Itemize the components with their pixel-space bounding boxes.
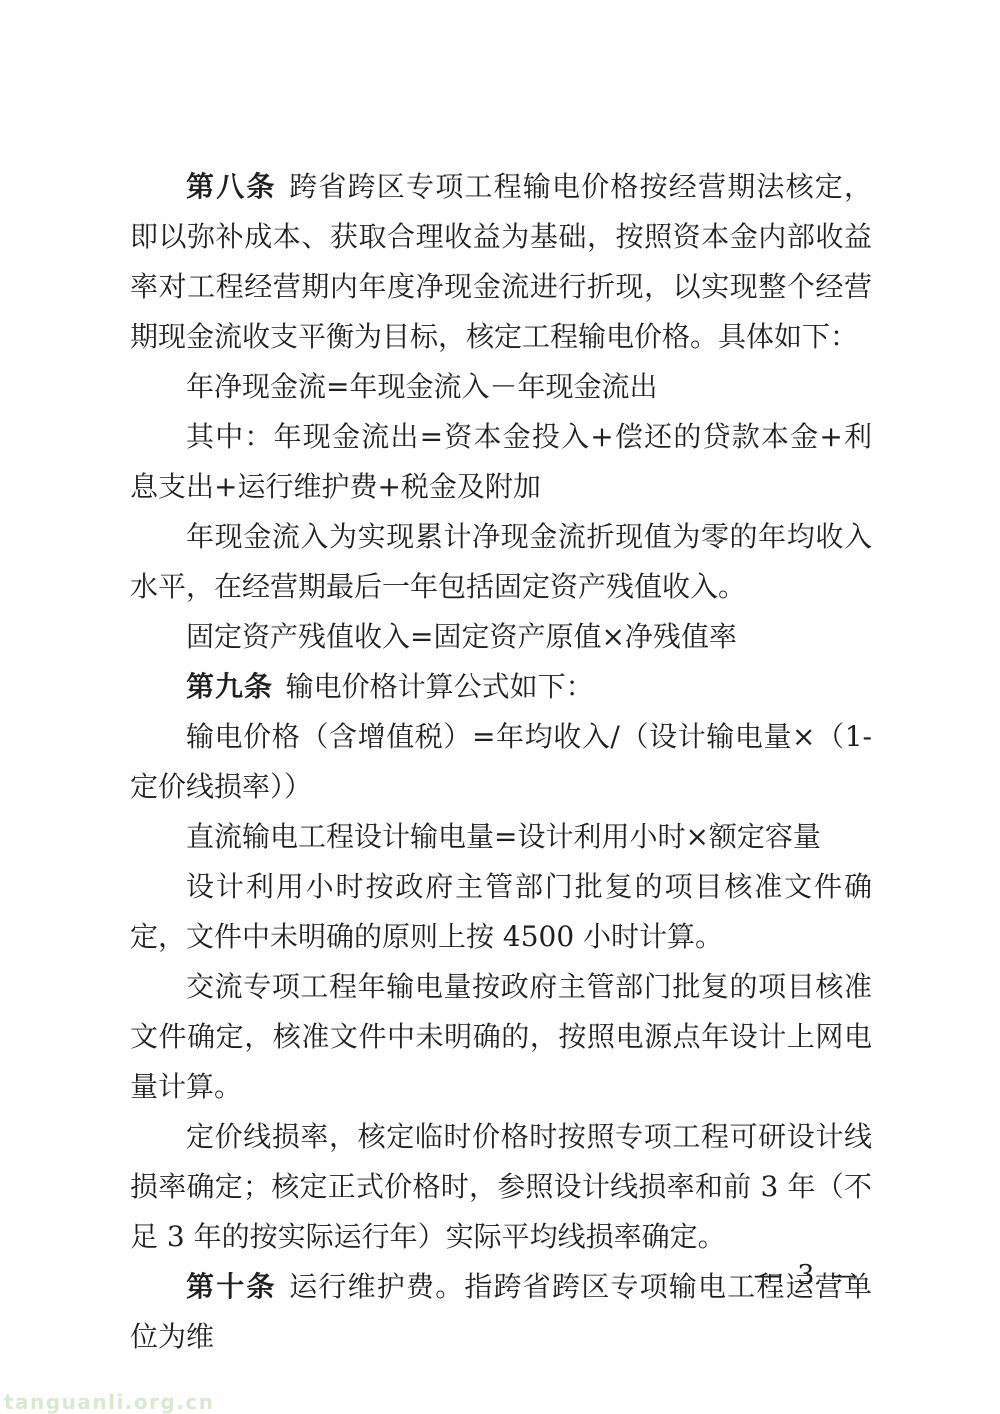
page-number: — 3 — [754,1260,862,1291]
paragraph-text: 设计利用小时按政府主管部门批复的项目核准文件确定，文件中未明确的原则上按 450… [130,870,872,953]
watermark: tanguanli.org.cn [4,1390,215,1414]
article-heading: 第十条 [186,1271,277,1302]
paragraph: 第九条输电价格计算公式如下： [130,662,872,712]
paragraph: 直流输电工程设计输电量=设计利用小时×额定容量 [130,812,872,862]
paragraph: 定价线损率，核定临时价格时按照专项工程可研设计线损率确定；核定正式价格时，参照设… [130,1112,872,1262]
paragraph-text: 定价线损率，核定临时价格时按照专项工程可研设计线损率确定；核定正式价格时，参照设… [130,1120,872,1253]
paragraph: 设计利用小时按政府主管部门批复的项目核准文件确定，文件中未明确的原则上按 450… [130,862,872,962]
paragraph: 年现金流入为实现累计净现金流折现值为零的年均收入水平，在经营期最后一年包括固定资… [130,512,872,612]
paragraph-text: 其中：年现金流出=资本金投入+偿还的贷款本金+利息支出+运行维护费+税金及附加 [130,420,872,503]
paragraph: 其中：年现金流出=资本金投入+偿还的贷款本金+利息支出+运行维护费+税金及附加 [130,412,872,512]
paragraph-text: 输电价格（含增值税）=年均收入/（设计输电量×（1-定价线损率）） [130,720,872,803]
paragraph: 输电价格（含增值税）=年均收入/（设计输电量×（1-定价线损率）） [130,712,872,812]
paragraph-text: 输电价格计算公式如下： [286,670,594,703]
paragraph: 固定资产残值收入=固定资产原值×净残值率 [130,612,872,662]
document-page: 第八条跨省跨区专项工程输电价格按经营期法核定，即以弥补成本、获取合理收益为基础，… [0,0,1000,1414]
paragraph-text: 固定资产残值收入=固定资产原值×净残值率 [186,620,737,653]
paragraph-text: 年现金流入为实现累计净现金流折现值为零的年均收入水平，在经营期最后一年包括固定资… [130,520,872,603]
article-heading: 第九条 [186,671,273,702]
paragraph-text: 年净现金流=年现金流入－年现金流出 [186,370,657,403]
document-body: 第八条跨省跨区专项工程输电价格按经营期法核定，即以弥补成本、获取合理收益为基础，… [130,162,872,1362]
paragraph: 交流专项工程年输电量按政府主管部门批复的项目核准文件确定，核准文件中未明确的，按… [130,962,872,1112]
paragraph: 年净现金流=年现金流入－年现金流出 [130,362,872,412]
paragraph: 第八条跨省跨区专项工程输电价格按经营期法核定，即以弥补成本、获取合理收益为基础，… [130,162,872,362]
paragraph-text: 交流专项工程年输电量按政府主管部门批复的项目核准文件确定，核准文件中未明确的，按… [130,970,872,1103]
article-heading: 第八条 [186,171,277,202]
paragraph-text: 直流输电工程设计输电量=设计利用小时×额定容量 [186,820,821,853]
